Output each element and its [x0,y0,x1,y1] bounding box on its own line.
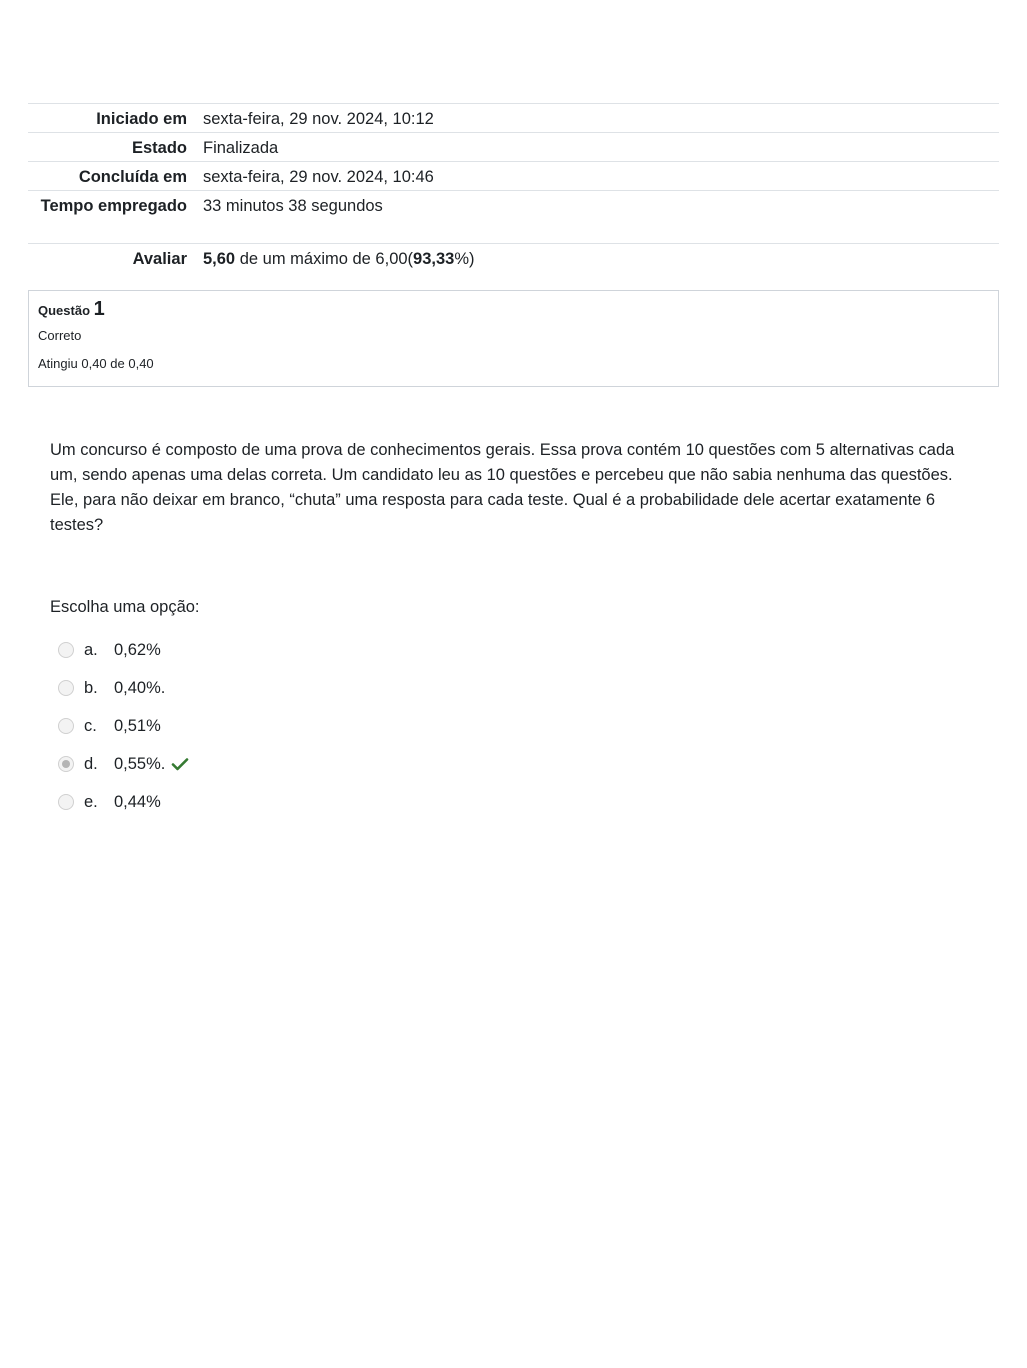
grade-score: 5,60 [203,250,235,268]
answer-prompt: Escolha uma opção: [50,596,200,618]
summary-label: Estado [28,133,187,161]
answer-option-e[interactable]: e. 0,44% [58,783,189,821]
summary-row-state: Estado Finalizada [28,132,999,161]
option-letter: e. [84,793,114,812]
attempt-summary-table: Iniciado em sexta-feira, 29 nov. 2024, 1… [28,103,999,272]
answer-option-b[interactable]: b. 0,40%. [58,669,189,707]
radio-button[interactable] [58,680,74,696]
summary-label: Concluída em [28,162,187,190]
answer-option-a[interactable]: a. 0,62% [58,631,189,669]
summary-value: 33 minutos 38 segundos [187,191,999,243]
option-letter: d. [84,755,114,774]
summary-label: Tempo empregado [28,191,187,243]
option-letter: c. [84,717,114,736]
summary-label: Avaliar [28,244,187,272]
option-text: 0,62% [114,641,161,660]
option-text: 0,40%. [114,679,165,698]
summary-row-grade: Avaliar 5,60 de um máximo de 6,00(93,33%… [28,243,999,272]
question-number-value: 1 [94,298,105,320]
summary-row-completed: Concluída em sexta-feira, 29 nov. 2024, … [28,161,999,190]
summary-value: sexta-feira, 29 nov. 2024, 10:12 [187,104,999,132]
radio-button-selected[interactable] [58,756,74,772]
answer-options: a. 0,62% b. 0,40%. c. 0,51% d. 0,55%. e.… [58,631,189,821]
summary-value: 5,60 de um máximo de 6,00(93,33%) [187,244,999,272]
question-info-box: Questão 1 Correto Atingiu 0,40 de 0,40 [28,290,999,387]
option-text: 0,55%. [114,755,165,774]
summary-row-time-taken: Tempo empregado 33 minutos 38 segundos [28,190,999,243]
checkmark-icon [171,757,189,771]
option-text: 0,44% [114,793,161,812]
option-letter: a. [84,641,114,660]
option-letter: b. [84,679,114,698]
question-grade: Atingiu 0,40 de 0,40 [38,355,989,373]
question-prefix: Questão [38,303,90,318]
question-state: Correto [38,327,989,345]
radio-button[interactable] [58,794,74,810]
summary-value: sexta-feira, 29 nov. 2024, 10:46 [187,162,999,190]
answer-option-c[interactable]: c. 0,51% [58,707,189,745]
question-number: Questão 1 [38,299,989,321]
option-text: 0,51% [114,717,161,736]
summary-row-started: Iniciado em sexta-feira, 29 nov. 2024, 1… [28,103,999,132]
radio-button[interactable] [58,642,74,658]
summary-value: Finalizada [187,133,999,161]
radio-button[interactable] [58,718,74,734]
answer-option-d[interactable]: d. 0,55%. [58,745,189,783]
question-text: Um concurso é composto de uma prova de c… [50,438,970,538]
grade-percent: 93,33 [413,250,454,268]
grade-middle: de um máximo de 6,00( [235,250,413,268]
grade-suffix: %) [454,250,474,268]
summary-label: Iniciado em [28,104,187,132]
